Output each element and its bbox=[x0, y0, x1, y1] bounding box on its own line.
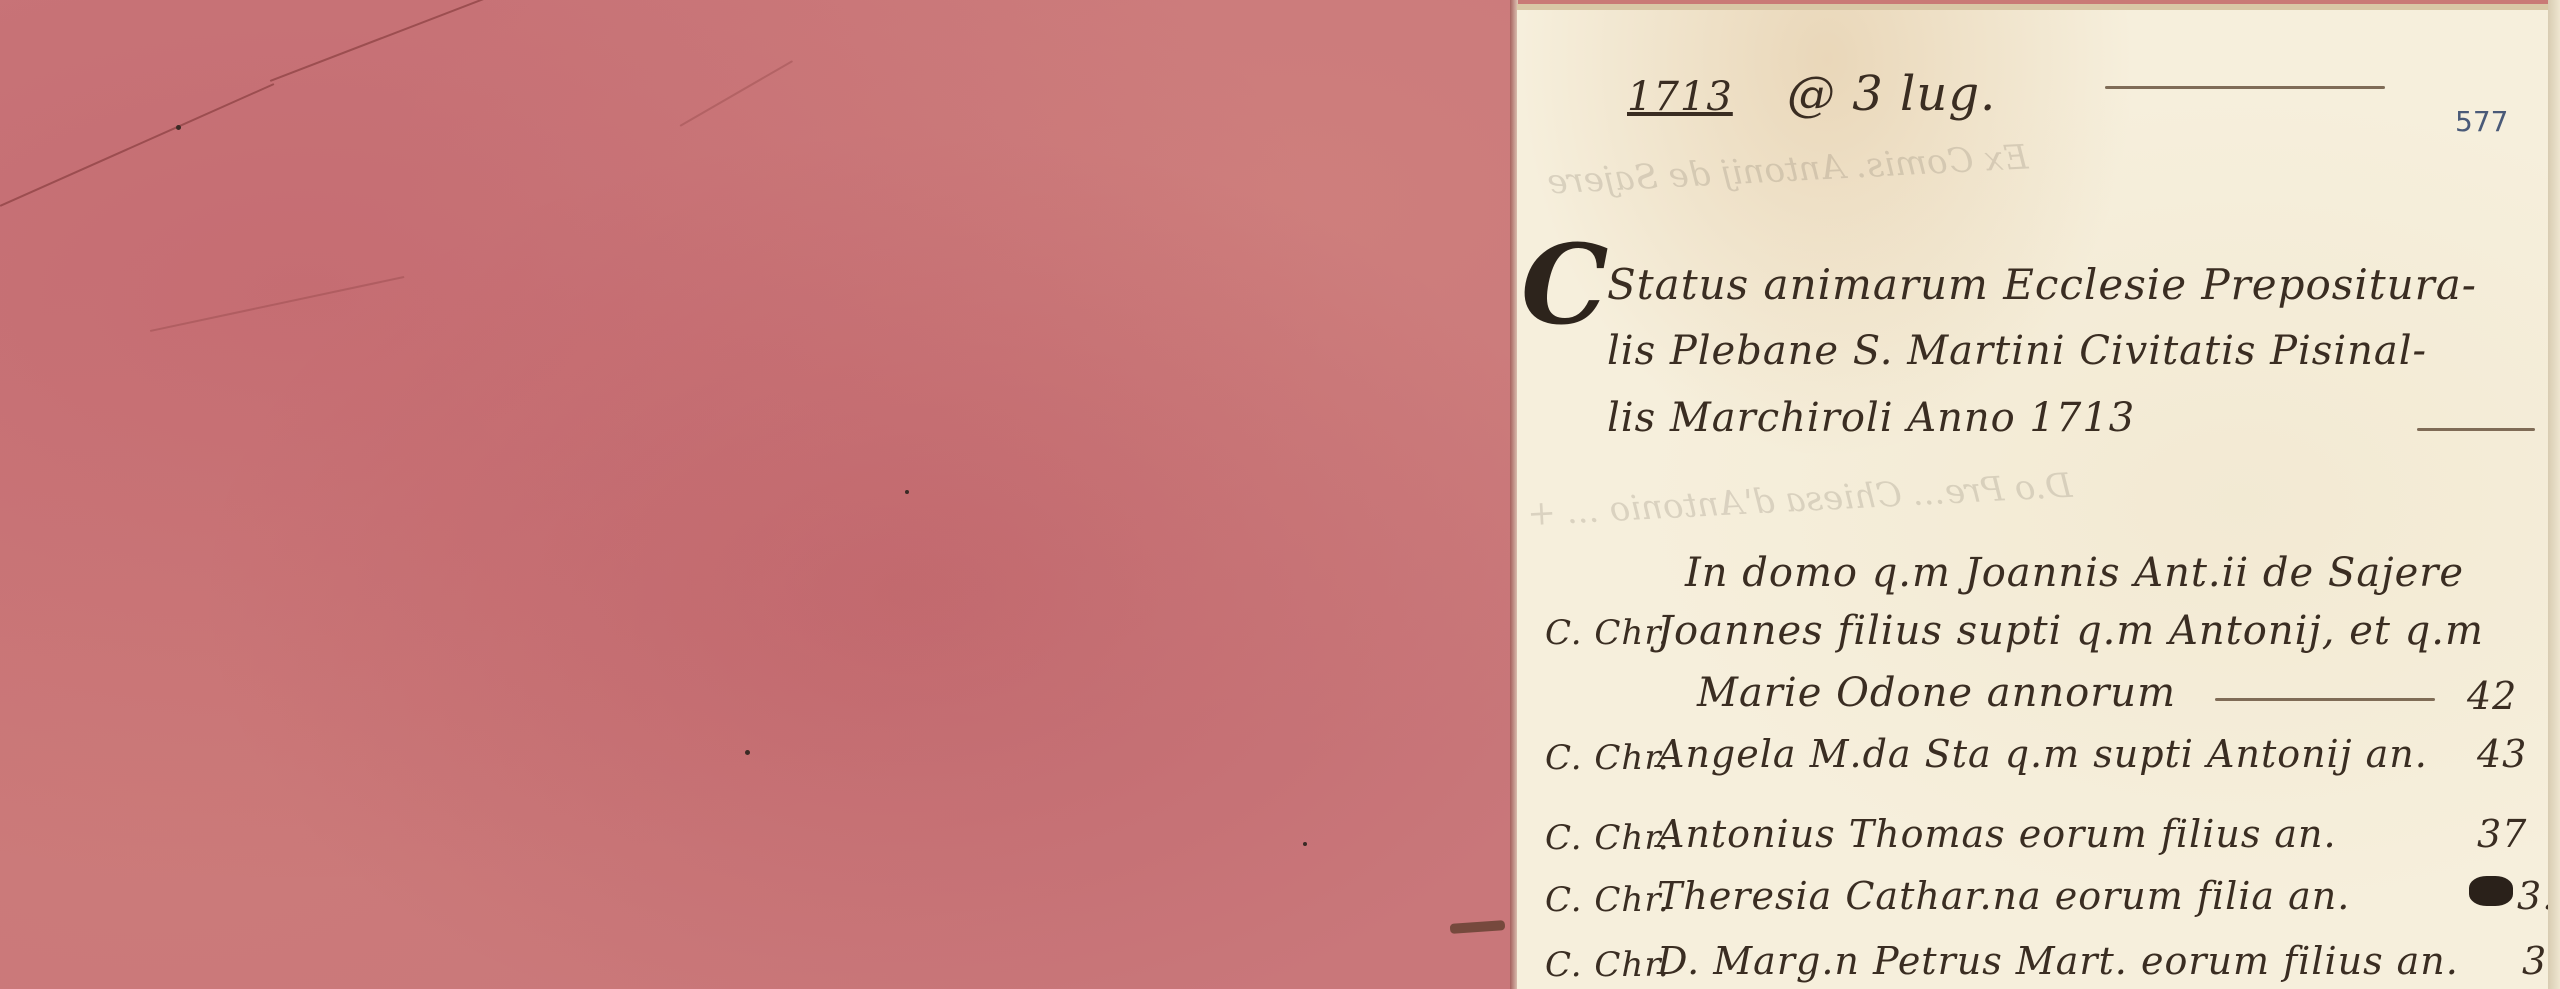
bleed-through-text: Ex Comis. Antonij de Sajere bbox=[1546, 137, 2029, 202]
title-line-2: lis Plebane S. Martini Civitatis Pisinal… bbox=[1607, 328, 2427, 374]
page-edge bbox=[2548, 0, 2560, 989]
cover-smudge bbox=[1450, 920, 1506, 934]
header-rule bbox=[2105, 86, 2385, 89]
folio-number: 577 bbox=[2455, 105, 2508, 138]
cover-crack bbox=[150, 276, 405, 332]
entry-text: Antonius Thomas eorum filius an. bbox=[1657, 812, 2337, 856]
manuscript-page: Ex Comis. Antonij de Sajere D.o Pre... C… bbox=[1517, 4, 2550, 989]
header-annotation: @ 3 lug. bbox=[1787, 66, 1996, 122]
entry-age: 3 bbox=[2522, 939, 2547, 983]
entry-prefix: C. Chr. bbox=[1545, 818, 1670, 858]
entry-household: In domo q.m Joannis Ant.ii de Sajere bbox=[1685, 550, 2464, 596]
entry-age: 42 bbox=[2467, 674, 2517, 718]
header-year: 1713 bbox=[1627, 74, 1733, 120]
entry-prefix: C. Chr. bbox=[1545, 738, 1670, 778]
cover-crack bbox=[270, 0, 579, 82]
entry-text: Marie Odone annorum bbox=[1697, 670, 2176, 716]
title-rule bbox=[2417, 428, 2535, 431]
entry-text: Joannes filius supti q.m Antonij, et q.m bbox=[1657, 608, 2484, 654]
cover-speck bbox=[745, 750, 750, 755]
entry-text: Angela M.da Sta q.m supti Antonij an. bbox=[1657, 732, 2428, 776]
entry-age: 43 bbox=[2477, 732, 2527, 776]
cover-crack bbox=[0, 83, 274, 207]
title-line-1: Status animarum Ecclesie Prepositura- bbox=[1607, 260, 2477, 309]
entry-text: Theresia Cathar.na eorum filia an. bbox=[1657, 874, 2350, 918]
entry-age: 37 bbox=[2477, 812, 2527, 856]
cover-crack bbox=[680, 60, 794, 127]
entry-rule bbox=[2215, 698, 2435, 701]
entry-prefix: C. Chr. bbox=[1545, 613, 1670, 653]
cover-speck bbox=[176, 125, 181, 130]
ink-blot bbox=[2469, 876, 2513, 906]
entry-prefix: C. Chr. bbox=[1545, 945, 1670, 985]
book-cover bbox=[0, 0, 1516, 989]
bleed-through-text: D.o Pre... Chiesa d'Antonio ... + bbox=[1526, 466, 2073, 534]
cover-speck bbox=[905, 490, 909, 494]
title-line-3: lis Marchiroli Anno 1713 bbox=[1607, 395, 2135, 441]
cover-speck bbox=[1303, 842, 1307, 846]
entry-text: D. Marg.n Petrus Mart. eorum filius an. bbox=[1657, 939, 2459, 983]
entry-prefix: C. Chr. bbox=[1545, 880, 1670, 920]
initial-capital: C bbox=[1521, 220, 1609, 349]
